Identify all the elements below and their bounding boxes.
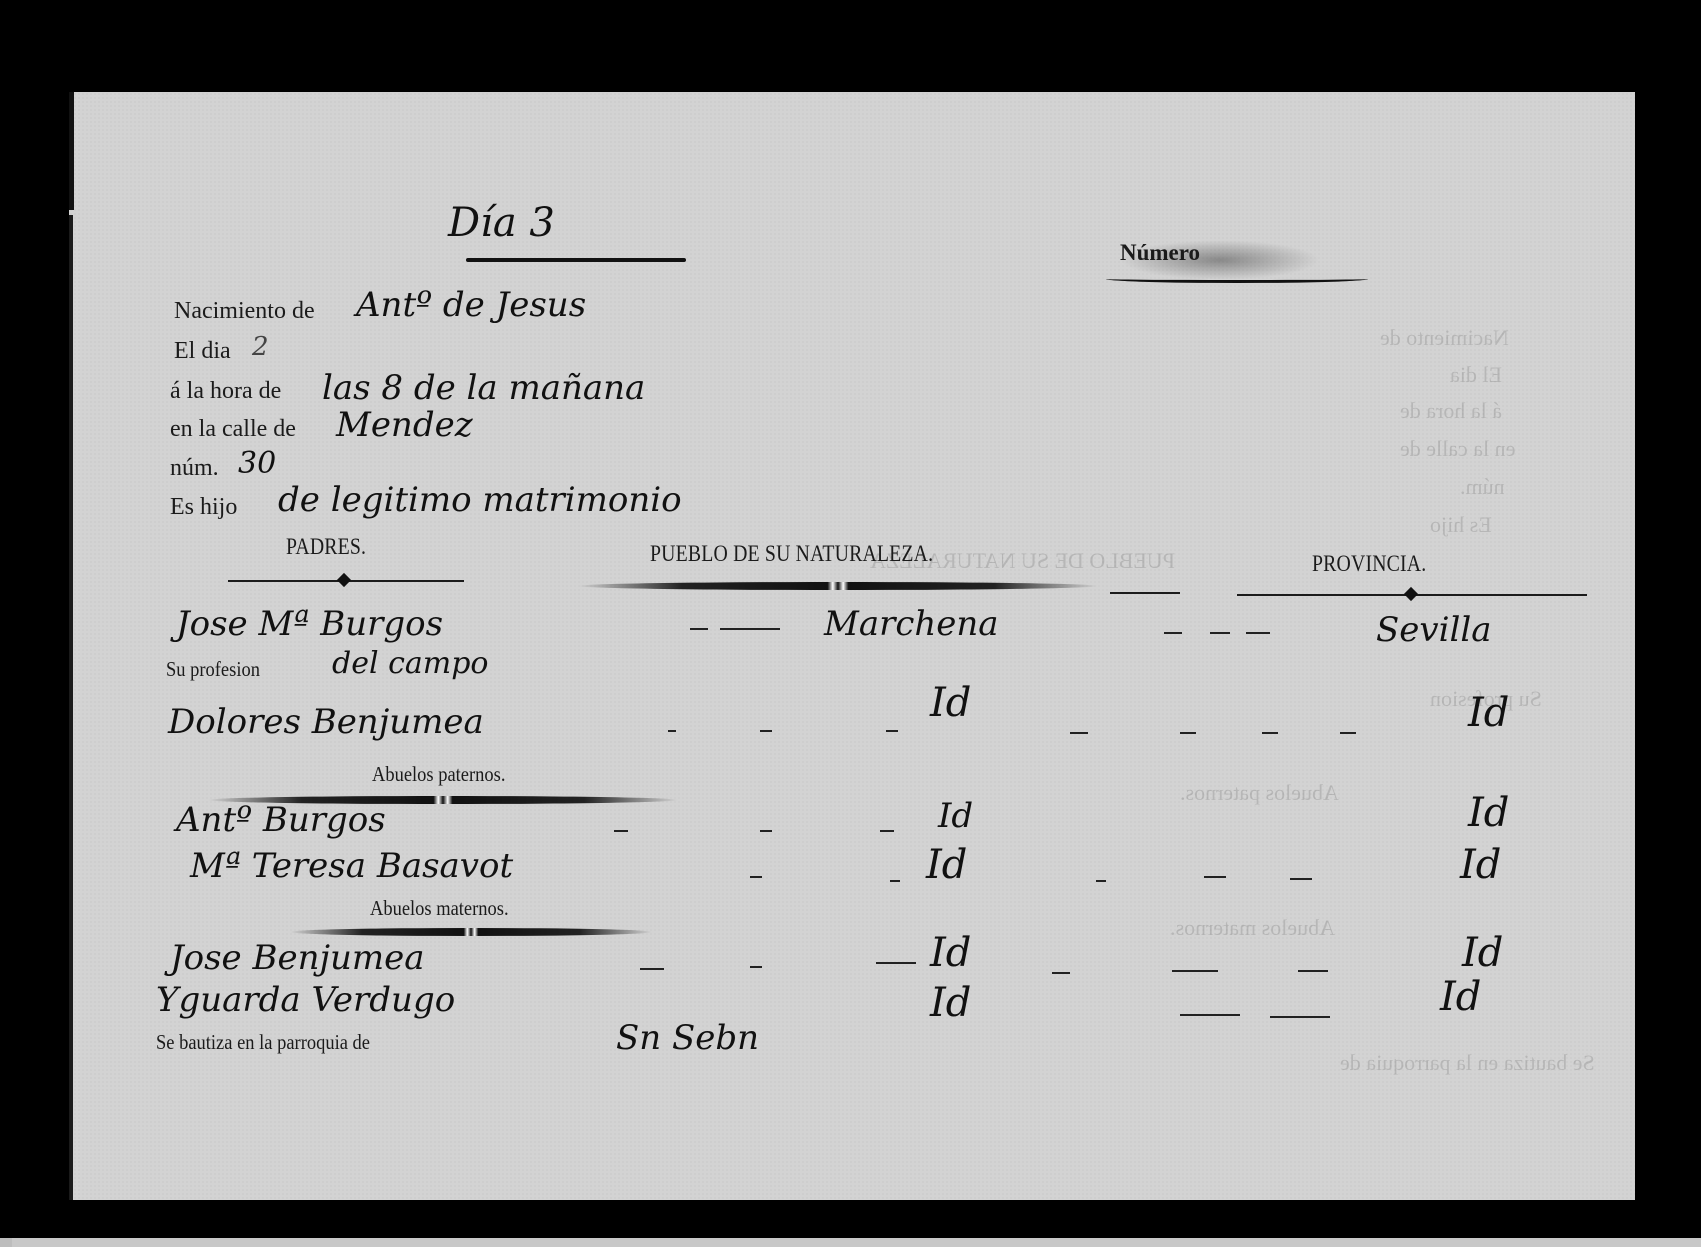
madre-name: Dolores Benjumea <box>168 702 484 742</box>
profesion-label: Su profesion <box>166 657 260 682</box>
bleed-through-text: en la calle de <box>1400 436 1515 462</box>
filler-dash <box>1340 732 1356 734</box>
bleed-through-text: á la hora de <box>1400 398 1502 424</box>
bleed-through-text: Se bautiza en la parroquia de <box>1340 1050 1595 1076</box>
day-heading-underline <box>466 258 686 262</box>
filler-dash <box>750 876 762 878</box>
padre-pueblo: Marchena <box>824 604 999 644</box>
filler-dash <box>876 962 916 964</box>
next-page-strip-edge <box>0 1238 12 1247</box>
bleed-through-text: El dia <box>1450 362 1502 388</box>
abuela-paterna-pueblo: Id <box>926 842 967 888</box>
nacimiento-label: Nacimiento de <box>174 298 315 325</box>
filler-dash <box>1172 970 1218 972</box>
filler-dash <box>1096 880 1106 882</box>
binding-edge <box>69 92 74 210</box>
filler-dash <box>668 730 676 732</box>
abuelo-paterno-name: Antº Burgos <box>176 800 386 840</box>
profesion-value: del campo <box>332 646 489 681</box>
abuelos-maternos-label: Abuelos maternos. <box>370 896 509 921</box>
abuela-materna-provincia: Id <box>1440 974 1481 1020</box>
filler-dash <box>1052 972 1070 974</box>
numero-label: Número <box>1120 240 1200 266</box>
next-page-strip <box>0 1238 1701 1247</box>
header-pueblo: PUEBLO DE SU NATURALEZA. <box>650 541 933 567</box>
filler-dash <box>640 968 664 970</box>
hora-label: á la hora de <box>170 378 281 405</box>
abuela-paterna-provincia: Id <box>1460 842 1501 888</box>
filler-dash <box>1180 1014 1240 1016</box>
filler-dash <box>760 830 772 832</box>
bleed-through-text: Nacimiento de <box>1380 325 1509 351</box>
filler-dash <box>1210 632 1230 634</box>
bleed-through-text: Es hijo <box>1430 512 1492 538</box>
filler-dash <box>1262 732 1278 734</box>
hijo-value: de legitimo matrimonio <box>278 480 682 520</box>
num-label: núm. <box>170 455 219 482</box>
binding-edge-lower <box>69 215 73 1200</box>
filler-dash <box>1164 632 1182 634</box>
filler-dash <box>760 730 772 732</box>
calle-label: en la calle de <box>170 416 296 443</box>
filler-dash <box>886 730 898 732</box>
filler-dash <box>1290 878 1312 880</box>
numero-brace <box>1106 275 1368 283</box>
filler-dash <box>880 830 894 832</box>
padre-provincia: Sevilla <box>1376 610 1492 650</box>
filler-dash <box>750 966 762 968</box>
madre-pueblo: Id <box>930 680 971 726</box>
abuela-paterna-name: Mª Teresa Basavot <box>190 846 513 886</box>
abuelo-paterno-provincia: Id <box>1468 790 1509 836</box>
pueblo-rule-tail <box>1110 592 1180 594</box>
filler-dash <box>1070 732 1088 734</box>
abuelo-materno-provincia: Id <box>1462 930 1503 976</box>
abuela-materna-pueblo: Id <box>930 980 971 1026</box>
filler-dash <box>890 880 900 882</box>
dia-label: El dia <box>174 338 231 365</box>
abuelos-maternos-ornament <box>290 928 652 936</box>
abuelo-materno-name: Jose Benjumea <box>170 938 425 978</box>
num-value: 30 <box>238 446 276 481</box>
dia-value: 2 <box>252 332 269 362</box>
abuelos-paternos-label: Abuelos paternos. <box>372 762 505 787</box>
abuelo-materno-pueblo: Id <box>930 930 971 976</box>
calle-value: Mendez <box>336 405 473 445</box>
filler-dash <box>1298 970 1328 972</box>
pueblo-rule-ornament <box>578 582 1098 590</box>
filler-dash <box>720 628 780 630</box>
filler-dash <box>1180 732 1196 734</box>
nacimiento-value: Antº de Jesus <box>356 285 586 325</box>
filler-dash <box>1246 632 1270 634</box>
bleed-through-text: núm. <box>1460 474 1505 500</box>
parroquia-label: Se bautiza en la parroquia de <box>156 1030 370 1055</box>
filler-dash <box>614 830 628 832</box>
madre-provincia: Id <box>1468 690 1509 736</box>
header-padres: PADRES. <box>286 534 366 560</box>
filler-dash <box>1204 876 1226 878</box>
hora-value: las 8 de la mañana <box>322 368 645 408</box>
bleed-through-text: Abuelos paternos. <box>1180 780 1339 806</box>
parroquia-value: Sn Sebn <box>616 1018 759 1058</box>
filler-dash <box>1270 1016 1330 1018</box>
header-provincia: PROVINCIA. <box>1312 551 1426 577</box>
bleed-through-text: Abuelos maternos. <box>1170 915 1335 941</box>
abuelo-paterno-pueblo: Id <box>938 796 973 836</box>
abuela-materna-name: Yguarda Verdugo <box>156 980 455 1020</box>
filler-dash <box>690 628 708 630</box>
day-heading: Día 3 <box>448 200 555 246</box>
hijo-label: Es hijo <box>170 494 237 521</box>
padre-name: Jose Mª Burgos <box>176 604 443 644</box>
